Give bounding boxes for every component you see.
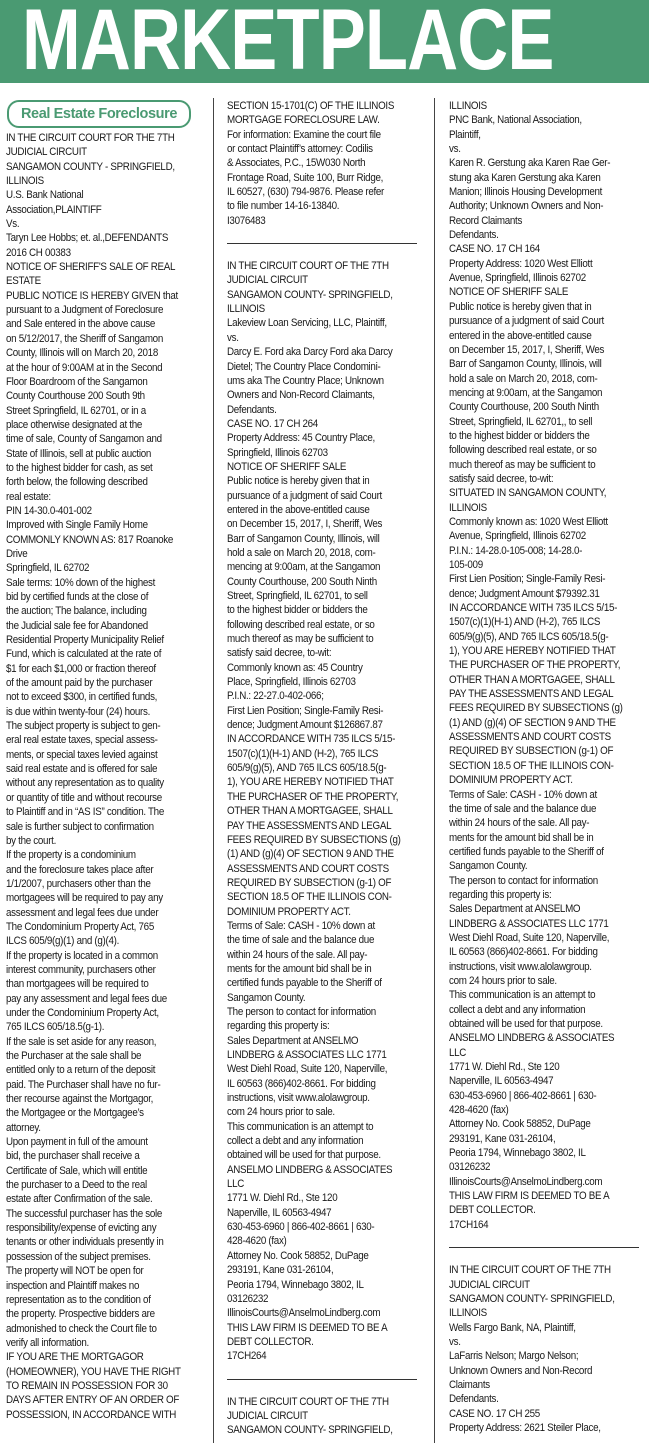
notice-line: entered in the above-entitled cause <box>227 503 395 517</box>
notice-line: The person to contact for information <box>227 1005 395 1019</box>
notice-line: IN ACCORDANCE WITH 735 ILCS 5/15- <box>227 732 395 746</box>
notice-line: Karen R. Gerstung aka Karen Rae Ger- <box>449 156 619 170</box>
notice-line: dence; Judgment Amount $126867.87 <box>227 718 395 732</box>
notice-line: 605/9(g)(5), AND 765 ILCS 605/18.5(g- <box>227 761 395 775</box>
section-badge: Real Estate Foreclosure <box>7 100 191 128</box>
notice-line: 105-009 <box>449 558 619 572</box>
notice-line: to Plaintiff and in “AS IS” condition. T… <box>6 805 178 819</box>
notice-line: satisfy said decree, to-wit: <box>227 646 395 660</box>
notice-line: CASE NO. 17 CH 164 <box>449 242 619 256</box>
notice-line: Fund, which is calculated at the rate of <box>6 647 178 661</box>
legal-notice: IN THE CIRCUIT COURT OF THE 7THJUDICIAL … <box>227 1395 422 1438</box>
notice-line: JUDICIAL CIRCUIT <box>227 1409 395 1423</box>
notice-line: 765 ILCS 605/18.5(g-1). <box>6 1020 178 1034</box>
notice-line: certified funds payable to the Sheriff o… <box>449 845 619 859</box>
notice-line: pursuance of a judgment of said Court <box>449 314 619 328</box>
notice-line: the Mortgagee or the Mortgagee’s <box>6 1106 178 1120</box>
notice-line: IN THE CIRCUIT COURT FOR THE 7TH <box>6 131 178 145</box>
notice-line: LLC <box>227 1177 395 1191</box>
notice-line: ILLINOIS <box>227 302 395 316</box>
notice-line: Sangamon County. <box>449 859 619 873</box>
notice-line: DEBT COLLECTOR. <box>227 1335 395 1349</box>
notice-line: County Courthouse 200 South 9th <box>6 389 178 403</box>
notice-line: said real estate and is offered for sale <box>6 762 178 776</box>
notice-line: DOMINIUM PROPERTY ACT. <box>227 905 395 919</box>
notice-line: Avenue, Springfield, Illinois 62702 <box>449 529 619 543</box>
notice-line: entitled only to a return of the deposit <box>6 1063 178 1077</box>
notice-line: 1771 W. Diehl Rd., Ste 120 <box>449 1060 619 1074</box>
notice-line: ILLINOIS <box>449 501 619 515</box>
legal-notice: IN THE CIRCUIT COURT OF THE 7THJUDICIAL … <box>227 259 422 1363</box>
notice-divider <box>449 1247 639 1248</box>
notice-line: the Purchaser at the sale shall be <box>6 1049 178 1063</box>
notice-line: ments for the amount bid shall be in <box>227 962 395 976</box>
notice-line: ments for the amount bid shall be in <box>449 831 619 845</box>
notice-line: Sangamon County. <box>227 991 395 1005</box>
notice-line: com 24 hours prior to sale. <box>227 1105 395 1119</box>
notice-line: ther recourse against the Mortgagor, <box>6 1092 178 1106</box>
notice-divider <box>227 243 417 244</box>
notice-line: Property Address: 1020 West Elliott <box>449 257 619 271</box>
notice-line: ILLINOIS <box>449 1306 619 1320</box>
notice-line: the auction; The balance, including <box>6 604 178 618</box>
notice-line: JUDICIAL CIRCUIT <box>449 1278 619 1292</box>
notice-line: County Courthouse, 200 South Ninth <box>449 400 619 414</box>
notice-line: IN THE CIRCUIT COURT OF THE 7TH <box>227 1395 395 1409</box>
notice-line: ILLINOIS <box>6 174 178 188</box>
notice-line: Property Address: 2621 Steiler Place, <box>449 1421 619 1435</box>
notice-line: 1507(c)(1)(H-1) AND (H-2), 765 ILCS <box>227 747 395 761</box>
notice-line: P.I.N.: 14-28.0-105-008; 14-28.0- <box>449 544 619 558</box>
notice-line: Street Springfield, IL 62701, or in a <box>6 404 178 418</box>
notice-line: Street, Springfield, IL 62701, to sell <box>227 589 395 603</box>
notice-line: much thereof as may be sufficient to <box>449 458 619 472</box>
notice-line: 2016 CH 00383 <box>6 246 178 260</box>
notice-line: com 24 hours prior to sale. <box>449 974 619 988</box>
notice-line: 17CH164 <box>449 1218 619 1232</box>
notice-line: ASSESSMENTS AND COURT COSTS <box>449 730 619 744</box>
notice-line: Lakeview Loan Servicing, LLC, Plaintiff, <box>227 316 395 330</box>
notice-line: the time of sale and the balance due <box>227 933 395 947</box>
notice-line: vs. <box>227 331 395 345</box>
notice-line: time of sale, County of Sangamon and <box>6 432 178 446</box>
notice-line: on December 15, 2017, I, Sheriff, Wes <box>227 517 395 531</box>
notice-divider <box>227 1379 417 1380</box>
notice-line: stung aka Karen Gerstung aka Karen <box>449 171 619 185</box>
notice-line: OTHER THAN A MORTGAGEE, SHALL <box>449 673 619 687</box>
notice-line: hold a sale on March 20, 2018, com- <box>227 546 395 560</box>
notice-line: attorney. <box>6 1121 178 1135</box>
notice-line: NOTICE OF SHERIFF SALE <box>449 285 619 299</box>
notice-line: Certificate of Sale, which will entitle <box>6 1164 178 1178</box>
notice-line: and the foreclosure takes place after <box>6 863 178 877</box>
notice-line: FEES REQUIRED BY SUBSECTIONS (g) <box>227 833 395 847</box>
notice-line: sale is further subject to confirmation <box>6 820 178 834</box>
notice-line: First Lien Position; Single-Family Resi- <box>227 704 395 718</box>
notice-line: This communication is an attempt to <box>227 1120 395 1134</box>
notice-line: Wells Fargo Bank, NA, Plaintiff, <box>449 1321 619 1335</box>
notice-line: pay any assessment and legal fees due <box>6 992 178 1006</box>
notice-line: Upon payment in full of the amount <box>6 1135 178 1149</box>
notice-line: instructions, visit www.alolawgroup. <box>449 960 619 974</box>
notice-line: bid by certified funds at the close of <box>6 590 178 604</box>
notice-line: place otherwise designated at the <box>6 418 178 432</box>
notice-line: forth below, the following described <box>6 475 178 489</box>
notice-line: Sale terms: 10% down of the highest <box>6 576 178 590</box>
notice-line: If the sale is set aside for any reason, <box>6 1035 178 1049</box>
notice-line: West Diehl Road, Suite 120, Naperville, <box>449 931 619 945</box>
notice-line: U.S. Bank National <box>6 188 178 202</box>
notice-line: SANGAMON COUNTY- SPRINGFIELD, <box>449 1292 619 1306</box>
notice-line: Attorney No. Cook 58852, DuPage <box>227 1249 395 1263</box>
notice-line: pursuant to a Judgment of Foreclosure <box>6 303 178 317</box>
notice-line: TO REMAIN IN POSSESSION FOR 30 <box>6 1379 178 1393</box>
notice-line: mencing at 9:00am, at the Sangamon <box>227 560 395 574</box>
notice-line: Taryn Lee Hobbs; et. al.,DEFENDANTS <box>6 231 178 245</box>
notice-line: Defendants. <box>227 403 395 417</box>
notice-line: within 24 hours of the sale. All pay- <box>227 948 395 962</box>
notice-line: collect a debt and any information <box>227 1134 395 1148</box>
notice-line: SANGAMON COUNTY- SPRINGFIELD, <box>227 1423 395 1437</box>
notice-line: IN THE CIRCUIT COURT OF THE 7TH <box>227 259 395 273</box>
notice-line: 428-4620 (fax) <box>227 1234 395 1248</box>
notice-line: Authority; Unknown Owners and Non- <box>449 199 619 213</box>
notice-line: OTHER THAN A MORTGAGEE, SHALL <box>227 804 395 818</box>
notice-line: MORTGAGE FORECLOSURE LAW. <box>227 113 395 127</box>
notice-line: 293191, Kane 031-26104, <box>449 1132 619 1146</box>
masthead: MARKETPLACE <box>0 0 649 83</box>
notice-line: entered in the above-entitled cause <box>449 329 619 343</box>
notice-line: IL 60563 (866)402-8661. For bidding <box>227 1077 395 1091</box>
notice-line: estate after Confirmation of the sale. <box>6 1192 178 1206</box>
notice-line: of the amount paid by the purchaser <box>6 676 178 690</box>
notice-line: on 5/12/2017, the Sheriff of Sangamon <box>6 332 178 346</box>
legal-notice: SECTION 15-1701(C) OF THE ILLINOISMORTGA… <box>227 99 422 228</box>
notice-line: 1/1/2007, purchasers other than the <box>6 877 178 891</box>
notice-line: representation as to the condition of <box>6 1293 178 1307</box>
notice-line: ILCS 605/9(g)(1) and (g)(4). <box>6 934 178 948</box>
notice-line: Place, Springfield, Illinois 62703 <box>227 675 395 689</box>
notice-line: Sales Department at ANSELMO <box>449 902 619 916</box>
notice-line: IF YOU ARE THE MORTGAGOR <box>6 1350 178 1364</box>
notice-line: Vs. <box>6 217 178 231</box>
notice-line: than mortgagees will be required to <box>6 977 178 991</box>
notice-line: is due within twenty-four (24) hours. <box>6 705 178 719</box>
notice-line: pursuance of a judgment of said Court <box>227 489 395 503</box>
notice-line: ESTATE <box>6 274 178 288</box>
notice-line: under the Condominium Property Act, <box>6 1006 178 1020</box>
notice-line: within 24 hours of the sale. All pay- <box>449 816 619 830</box>
notice-line: Springfield, Illinois 62703 <box>227 446 395 460</box>
notice-line: the property. Prospective bidders are <box>6 1307 178 1321</box>
notice-line: paid. The Purchaser shall have no fur- <box>6 1078 178 1092</box>
notice-line: 03126232 <box>449 1160 619 1174</box>
notice-line: to the highest bidder or bidders the <box>449 429 619 443</box>
notice-line: COMMONLY KNOWN AS: 817 Roanoke <box>6 533 178 547</box>
notice-line: admonished to check the Court file to <box>6 1322 178 1336</box>
notice-line: vs. <box>449 142 619 156</box>
notice-line: Improved with Single Family Home <box>6 518 178 532</box>
notice-line: PIN 14-30.0-401-002 <box>6 504 178 518</box>
notice-line: ums aka The Country Place; Unknown <box>227 374 395 388</box>
notice-line: County, Illinois will on March 20, 2018 <box>6 346 178 360</box>
notice-line: dence; Judgment Amount $79392.31 <box>449 587 619 601</box>
notice-line: ANSELMO LINDBERG & ASSOCIATES <box>227 1163 395 1177</box>
notice-line: vs. <box>449 1335 619 1349</box>
notice-line: (1) AND (g)(4) OF SECTION 9 AND THE <box>227 847 395 861</box>
notice-line: verify all information. <box>6 1336 178 1350</box>
notice-line: First Lien Position; Single-Family Resi- <box>449 572 619 586</box>
notice-line: Defendants. <box>449 1392 619 1406</box>
notice-line: following described real estate, or so <box>449 443 619 457</box>
notice-line: 03126232 <box>227 1292 395 1306</box>
notice-line: Naperville, IL 60563-4947 <box>449 1074 619 1088</box>
notice-line: FEES REQUIRED BY SUBSECTIONS (g) <box>449 701 619 715</box>
notice-line: regarding this property is: <box>449 888 619 902</box>
notice-line: REQUIRED BY SUBSECTION (g-1) OF <box>449 744 619 758</box>
notice-line: Commonly known as: 1020 West Elliott <box>449 515 619 529</box>
notice-line: 17CH264 <box>227 1349 395 1363</box>
notice-line: Attorney No. Cook 58852, DuPage <box>449 1117 619 1131</box>
notice-line: IL 60527, (630) 794-9876. Please refer <box>227 185 395 199</box>
notice-line: The person to contact for information <box>449 874 619 888</box>
notice-line: For information: Examine the court file <box>227 128 395 142</box>
notice-line: regarding this property is: <box>227 1019 395 1033</box>
notice-line: much thereof as may be sufficient to <box>227 632 395 646</box>
notice-line: SECTION 18.5 OF THE ILLINOIS CON- <box>227 890 395 904</box>
notice-line: and Sale entered in the above cause <box>6 317 178 331</box>
notice-line: hold a sale on March 20, 2018, com- <box>449 372 619 386</box>
notice-line: JUDICIAL CIRCUIT <box>227 273 395 287</box>
notice-line: possession of the subject premises. <box>6 1250 178 1264</box>
notice-line: 605/9(g)(5), AND 765 ILCS 605/18.5(g- <box>449 630 619 644</box>
legal-notice: IN THE CIRCUIT COURT FOR THE 7THJUDICIAL… <box>6 131 206 1422</box>
notice-line: IL 60563 (866)402-8661. For bidding <box>449 945 619 959</box>
notice-line: THE PURCHASER OF THE PROPERTY, <box>449 658 619 672</box>
notice-line: LINDBERG & ASSOCIATES LLC 1771 <box>449 917 619 931</box>
notice-line: PAY THE ASSESSMENTS AND LEGAL <box>449 687 619 701</box>
notice-line: or contact Plaintiff’s attorney: Codilis <box>227 142 395 156</box>
notice-line: SANGAMON COUNTY - SPRINGFIELD, <box>6 160 178 174</box>
notice-line: at the hour of 9:00AM at in the Second <box>6 361 178 375</box>
notice-line: CASE NO. 17 CH 255 <box>449 1407 619 1421</box>
notice-line: tenants or other individuals presently i… <box>6 1235 178 1249</box>
notice-line: the time of sale and the balance due <box>449 802 619 816</box>
notice-line: JUDICIAL CIRCUIT <box>6 145 178 159</box>
notice-line: bid, the purchaser shall receive a <box>6 1149 178 1163</box>
column-divider <box>213 98 214 1443</box>
notice-line: Record Claimants <box>449 214 619 228</box>
notice-line: LINDBERG & ASSOCIATES LLC 1771 <box>227 1048 395 1062</box>
notice-line: SECTION 18.5 OF THE ILLINOIS CON- <box>449 759 619 773</box>
notice-line: PAY THE ASSESSMENTS AND LEGAL <box>227 819 395 833</box>
notice-line: Terms of Sale: CASH - 10% down at <box>227 919 395 933</box>
notice-line: The subject property is subject to gen- <box>6 719 178 733</box>
notice-line: SITUATED IN SANGAMON COUNTY, <box>449 486 619 500</box>
notice-line: Frontage Road, Suite 100, Burr Ridge, <box>227 171 395 185</box>
notice-line: assessment and legal fees due under <box>6 906 178 920</box>
notice-line: Darcy E. Ford aka Darcy Ford aka Darcy <box>227 345 395 359</box>
notice-line: 1), YOU ARE HEREBY NOTIFIED THAT <box>227 775 395 789</box>
column-divider <box>434 98 435 1443</box>
notice-line: IN ACCORDANCE WITH 735 ILCS 5/15- <box>449 601 619 615</box>
notice-line: or quantity of title and without recours… <box>6 791 178 805</box>
notice-line: obtained will be used for that purpose. <box>449 1017 619 1031</box>
notice-line: obtained will be used for that purpose. <box>227 1148 395 1162</box>
notice-line: DAYS AFTER ENTRY OF AN ORDER OF <box>6 1393 178 1407</box>
notice-line: If the property is a condominium <box>6 848 178 862</box>
notice-line: PNC Bank, National Association, <box>449 113 619 127</box>
notice-line: LaFarris Nelson; Margo Nelson; <box>449 1349 619 1363</box>
notice-line: interest community, purchasers other <box>6 963 178 977</box>
notice-line: (HOMEOWNER), YOU HAVE THE RIGHT <box>6 1365 178 1379</box>
notice-line: Peoria 1794, Winnebago 3802, IL <box>449 1146 619 1160</box>
notice-line: CASE NO. 17 CH 264 <box>227 417 395 431</box>
notice-line: the purchaser to a Deed to the real <box>6 1178 178 1192</box>
notice-line: responsibility/expense of evicting any <box>6 1221 178 1235</box>
notice-line: $1 for each $1,000 or fraction thereof <box>6 662 178 676</box>
notice-line: real estate: <box>6 490 178 504</box>
column-3: ILLINOISPNC Bank, National Association,P… <box>449 99 647 1435</box>
notice-line: ILLINOIS <box>449 99 619 113</box>
notice-line: THIS LAW FIRM IS DEEMED TO BE A <box>227 1321 395 1335</box>
notice-line: inspection and Plaintiff makes no <box>6 1279 178 1293</box>
notice-line: instructions, visit www.alolawgroup. <box>227 1091 395 1105</box>
notice-line: by the court. <box>6 834 178 848</box>
notice-line: to file number 14-16-13840. <box>227 199 395 213</box>
notice-line: Barr of Sangamon County, Illinois, will <box>227 532 395 546</box>
notice-line: & Associates, P.C., 15W030 North <box>227 156 395 170</box>
notice-line: State of Illinois, sell at public auctio… <box>6 447 178 461</box>
notice-line: Avenue, Springfield, Illinois 62702 <box>449 271 619 285</box>
notice-line: P.I.N.: 22-27.0-402-066; <box>227 689 395 703</box>
notice-line: on December 15, 2017, I, Sheriff, Wes <box>449 343 619 357</box>
notice-line: West Diehl Road, Suite 120, Naperville, <box>227 1062 395 1076</box>
notice-line: Springfield, IL 62702 <box>6 561 178 575</box>
notice-line: 1771 W. Diehl Rd., Ste 120 <box>227 1191 395 1205</box>
notice-line: Association,PLAINTIFF <box>6 203 178 217</box>
notice-line: to the highest bidder for cash, as set <box>6 461 178 475</box>
notice-line: The property will NOT be open for <box>6 1264 178 1278</box>
notice-line: This communication is an attempt to <box>449 988 619 1002</box>
notice-line: DOMINIUM PROPERTY ACT. <box>449 773 619 787</box>
notice-line: 630-453-6960 | 866-402-8661 | 630- <box>227 1220 395 1234</box>
notice-line: Plaintiff, <box>449 128 619 142</box>
notice-line: mencing at 9:00am, at the Sangamon <box>449 386 619 400</box>
notice-line: Sales Department at ANSELMO <box>227 1034 395 1048</box>
notice-line: If the property is located in a common <box>6 949 178 963</box>
notice-line: The successful purchaser has the sole <box>6 1207 178 1221</box>
notice-line: IllinoisCourts@AnselmoLindberg.com <box>449 1175 619 1189</box>
notice-line: (1) AND (g)(4) OF SECTION 9 AND THE <box>449 716 619 730</box>
notice-line: without any representation as to quality <box>6 776 178 790</box>
notice-line: 1507(c)(1)(H-1) AND (H-2), 765 ILCS <box>449 615 619 629</box>
notice-line: not to exceed $300, in certified funds, <box>6 690 178 704</box>
notice-line: mortgagees will be required to pay any <box>6 891 178 905</box>
notice-line: POSSESSION, IN ACCORDANCE WITH <box>6 1408 178 1422</box>
notice-line: Public notice is hereby given that in <box>227 474 395 488</box>
legal-notice: IN THE CIRCUIT COURT OF THE 7THJUDICIAL … <box>449 1263 647 1435</box>
column-1: Real Estate Foreclosure IN THE CIRCUIT C… <box>6 100 206 1422</box>
notice-line: to the highest bidder or bidders the <box>227 603 395 617</box>
notice-line: DEBT COLLECTOR. <box>449 1203 619 1217</box>
page-title: MARKETPLACE <box>22 0 554 86</box>
notice-line: THE PURCHASER OF THE PROPERTY, <box>227 790 395 804</box>
legal-notice: ILLINOISPNC Bank, National Association,P… <box>449 99 647 1232</box>
notice-line: 428-4620 (fax) <box>449 1103 619 1117</box>
notice-line: Peoria 1794, Winnebago 3802, IL <box>227 1278 395 1292</box>
notice-line: 1), YOU ARE HEREBY NOTIFIED THAT <box>449 644 619 658</box>
notice-line: Public notice is hereby given that in <box>449 300 619 314</box>
notice-line: Floor Boardroom of the Sangamon <box>6 375 178 389</box>
notice-line: Claimants <box>449 1378 619 1392</box>
notice-line: I3076483 <box>227 214 395 228</box>
notice-line: eral real estate taxes, special assess- <box>6 733 178 747</box>
notice-line: ments, or special taxes levied against <box>6 748 178 762</box>
notice-line: certified funds payable to the Sheriff o… <box>227 976 395 990</box>
notice-line: SANGAMON COUNTY- SPRINGFIELD, <box>227 288 395 302</box>
notice-line: REQUIRED BY SUBSECTION (g-1) OF <box>227 876 395 890</box>
notice-line: LLC <box>449 1046 619 1060</box>
notice-line: Defendants. <box>449 228 619 242</box>
notice-line: IN THE CIRCUIT COURT OF THE 7TH <box>449 1263 619 1277</box>
notice-line: NOTICE OF SHERIFF'S SALE OF REAL <box>6 260 178 274</box>
notice-line: satisfy said decree, to-wit: <box>449 472 619 486</box>
notice-line: Commonly known as: 45 Country <box>227 661 395 675</box>
notice-line: The Condominium Property Act, 765 <box>6 920 178 934</box>
notice-line: Barr of Sangamon County, Illinois, will <box>449 357 619 371</box>
notice-line: Manion; Illinois Housing Development <box>449 185 619 199</box>
notice-line: IllinoisCourts@AnselmoLindberg.com <box>227 1306 395 1320</box>
notice-line: NOTICE OF SHERIFF SALE <box>227 460 395 474</box>
notice-line: ANSELMO LINDBERG & ASSOCIATES <box>449 1031 619 1045</box>
notice-line: Residential Property Municipality Relief <box>6 633 178 647</box>
notice-line: PUBLIC NOTICE IS HEREBY GIVEN that <box>6 289 178 303</box>
notice-line: Property Address: 45 Country Place, <box>227 431 395 445</box>
notice-line: ASSESSMENTS AND COURT COSTS <box>227 862 395 876</box>
notice-line: collect a debt and any information <box>449 1003 619 1017</box>
notice-line: Naperville, IL 60563-4947 <box>227 1206 395 1220</box>
notice-line: Drive <box>6 547 178 561</box>
notice-line: SECTION 15-1701(C) OF THE ILLINOIS <box>227 99 395 113</box>
notice-line: Terms of Sale: CASH - 10% down at <box>449 788 619 802</box>
notice-line: THIS LAW FIRM IS DEEMED TO BE A <box>449 1189 619 1203</box>
notice-line: County Courthouse, 200 South Ninth <box>227 575 395 589</box>
notice-line: following described real estate, or so <box>227 618 395 632</box>
column-2: SECTION 15-1701(C) OF THE ILLINOISMORTGA… <box>227 99 422 1438</box>
notice-line: Owners and Non-Record Claimants, <box>227 388 395 402</box>
notice-line: Dietel; The Country Place Condomini- <box>227 360 395 374</box>
notice-line: 630-453-6960 | 866-402-8661 | 630- <box>449 1089 619 1103</box>
notice-line: the Judicial sale fee for Abandoned <box>6 619 178 633</box>
notice-line: 293191, Kane 031-26104, <box>227 1263 395 1277</box>
notice-line: Unknown Owners and Non-Record <box>449 1364 619 1378</box>
notice-line: Street, Springfield, IL 62701,, to sell <box>449 415 619 429</box>
